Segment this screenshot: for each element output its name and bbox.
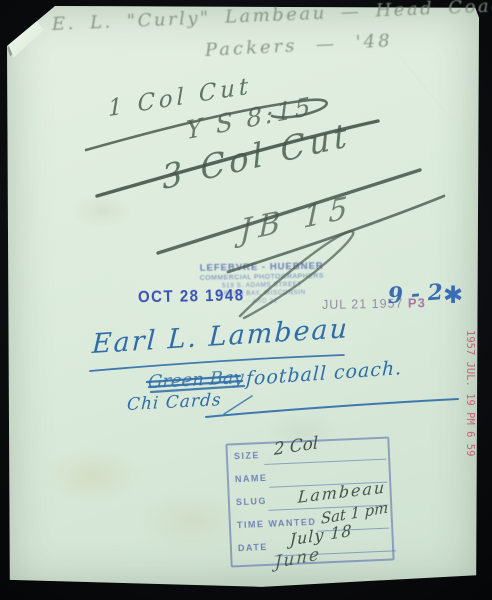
form-label-date: DATE — [238, 542, 268, 553]
routing-form-stamp: SIZE 2 Col NAME SLUG Lambeau TIME WANTED… — [225, 436, 394, 567]
received-date-stamp: OCT 28 1948 — [138, 286, 245, 306]
form-label-name: NAME — [235, 473, 268, 484]
vertical-timestamp-stamp: 1957 JUL. 19 PM 6 59 — [464, 330, 476, 450]
form-label-slug: SLUG — [236, 496, 267, 507]
editor-code: 9 - 2 — [387, 279, 444, 309]
photo-back-scene: E. L. "Curly" Lambeau — Head Coach Packe… — [0, 0, 492, 600]
editor-star-mark: ✱ — [443, 281, 463, 309]
form-label-size: SIZE — [234, 450, 260, 461]
corner-fold-flap — [8, 19, 54, 61]
